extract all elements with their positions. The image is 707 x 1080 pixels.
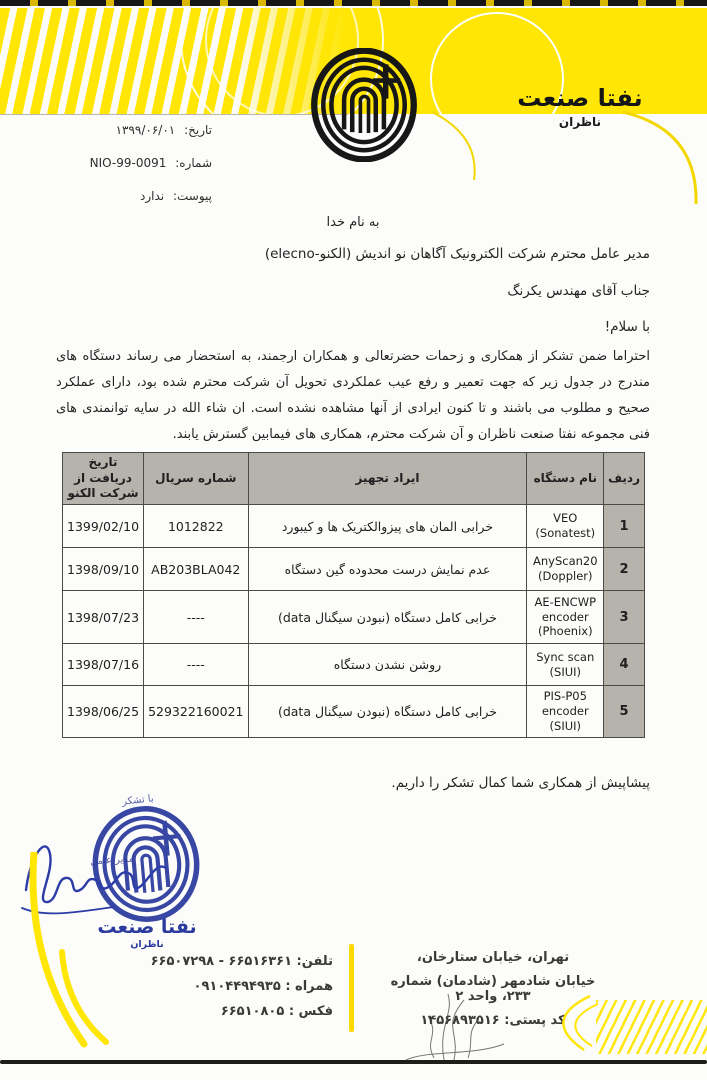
company-maze-n-logo-icon — [308, 48, 420, 162]
cell-device: PIS-P05 encoder (SIUI) — [527, 686, 604, 738]
footer-contact-block: تلفن: ۶۶۵۱۶۳۶۱ - ۶۶۵۰۷۲۹۸ همراه : ۰۹۱۰۴۴… — [118, 954, 333, 1029]
address-line-1: تهران، خیابان ستارخان، — [376, 950, 610, 965]
cell-serial: AB203BLA042 — [144, 548, 248, 591]
cell-row-number: 4 — [604, 644, 645, 686]
cell-date: 1398/07/23 — [63, 591, 144, 644]
fax-line: فکس : ۶۶۵۱۰۸۰۵ — [118, 1004, 333, 1019]
col-header-serial: شماره سریال — [144, 453, 248, 505]
stamp-company-subtitle: ناظران — [88, 939, 206, 950]
cell-serial: ---- — [144, 591, 248, 644]
cell-device: VEO (Sonatest) — [527, 505, 604, 548]
bottom-right-stripe-decoration — [596, 1000, 707, 1054]
mobile-line: همراه : ۰۹۱۰۴۴۹۴۹۳۵ — [118, 979, 333, 994]
address-line-2: خیابان شادمهر (شادمان) شماره ۲۳۳، واحد ۲ — [376, 974, 610, 1004]
cell-serial: ---- — [144, 644, 248, 686]
cell-serial: 1012822 — [144, 505, 248, 548]
table-row: 4 Sync scan (SIUI) روشن نشدن دستگاه ----… — [63, 644, 645, 686]
table-row: 2 AnyScan20 (Doppler) عدم نمایش درست محد… — [63, 548, 645, 591]
table-row: 5 PIS-P05 encoder (SIUI) خرابی کامل دستگ… — [63, 686, 645, 738]
scanned-letter-page: نفتا صنعت ناظران تاریخ: ۱۳۹۹/۰۶/۰۱ شماره… — [0, 0, 707, 1080]
greeting-line: با سلام! — [56, 319, 650, 335]
company-title-block: نفتا صنعت ناظران — [505, 86, 655, 129]
cell-device: AnyScan20 (Doppler) — [527, 548, 604, 591]
letter-date-line: تاریخ: ۱۳۹۹/۰۶/۰۱ — [72, 123, 212, 137]
number-value: NIO-99-0091 — [90, 156, 167, 170]
company-name: نفتا صنعت — [505, 86, 655, 111]
cell-row-number: 1 — [604, 505, 645, 548]
cell-device: AE-ENCWP encoder (Phoenix) — [527, 591, 604, 644]
handwritten-signature-icon — [18, 828, 176, 923]
cell-serial: 529322160021 — [144, 686, 248, 738]
col-header-row-number: ردیف — [604, 453, 645, 505]
footer-yellow-divider — [349, 944, 354, 1032]
cell-fault: عدم نمایش درست محدوده گین دستگاه — [248, 548, 527, 591]
number-label: شماره: — [175, 156, 212, 170]
cell-date: 1399/02/10 — [63, 505, 144, 548]
cell-date: 1398/07/16 — [63, 644, 144, 686]
table-row: 3 AE-ENCWP encoder (Phoenix) خرابی کامل … — [63, 591, 645, 644]
footer-address-block: تهران، خیابان ستارخان، خیابان شادمهر (شا… — [376, 950, 610, 1037]
attachment-value: ندارد — [140, 189, 164, 203]
recipient-title-line: مدیر عامل محترم شرکت الکترونیک آگاهان نو… — [56, 246, 650, 262]
invocation-line: به نام خدا — [56, 215, 650, 230]
stamp-company-name: نفتا صنعت — [88, 918, 206, 937]
scan-top-edge — [0, 0, 707, 6]
cell-fault: خرابی المان های پیزوالکتریک ها و کیبورد — [248, 505, 527, 548]
letter-number-line: شماره: NIO-99-0091 — [72, 156, 212, 170]
attachment-label: پیوست: — [173, 189, 212, 203]
equipment-table: ردیف نام دستگاه ایراد تجهیز شماره سریال … — [62, 452, 645, 738]
date-value: ۱۳۹۹/۰۶/۰۱ — [116, 123, 176, 137]
scan-bottom-edge — [0, 1060, 707, 1064]
cell-row-number: 2 — [604, 548, 645, 591]
closing-line: پیشاپیش از همکاری شما کمال تشکر را داریم… — [56, 775, 650, 791]
col-header-fault: ایراد تجهیز — [248, 453, 527, 505]
table-row: 1 VEO (Sonatest) خرابی المان های پیزوالک… — [63, 505, 645, 548]
letter-attachment-line: پیوست: ندارد — [72, 189, 212, 203]
cell-row-number: 5 — [604, 686, 645, 738]
cell-fault: خرابی کامل دستگاه (نبودن سیگنال data) — [248, 591, 527, 644]
cell-device: Sync scan (SIUI) — [527, 644, 604, 686]
col-header-device: نام دستگاه — [527, 453, 604, 505]
date-label: تاریخ: — [184, 123, 212, 137]
cell-row-number: 3 — [604, 591, 645, 644]
recipient-name-line: جناب آقای مهندس یکرنگ — [56, 283, 650, 299]
table-header-row: ردیف نام دستگاه ایراد تجهیز شماره سریال … — [63, 453, 645, 505]
col-header-date: تاریخ دریافت از شرکت الکنو — [63, 453, 144, 505]
company-subtitle: ناظران — [505, 115, 655, 129]
cell-date: 1398/06/25 — [63, 686, 144, 738]
postal-code-line: کد پستی: ۱۴۵۶۸۹۳۵۱۶ — [376, 1013, 610, 1028]
cell-date: 1398/09/10 — [63, 548, 144, 591]
stamp-caption-block: نفتا صنعت ناظران — [88, 918, 206, 950]
letter-body-paragraph: احتراما ضمن تشکر از همکاری و زحمات حضرتع… — [56, 344, 650, 448]
phone-line: تلفن: ۶۶۵۱۶۳۶۱ - ۶۶۵۰۷۲۹۸ — [118, 954, 333, 969]
cell-fault: خرابی کامل دستگاه (نبودن سیگنال data) — [248, 686, 527, 738]
cell-fault: روشن نشدن دستگاه — [248, 644, 527, 686]
